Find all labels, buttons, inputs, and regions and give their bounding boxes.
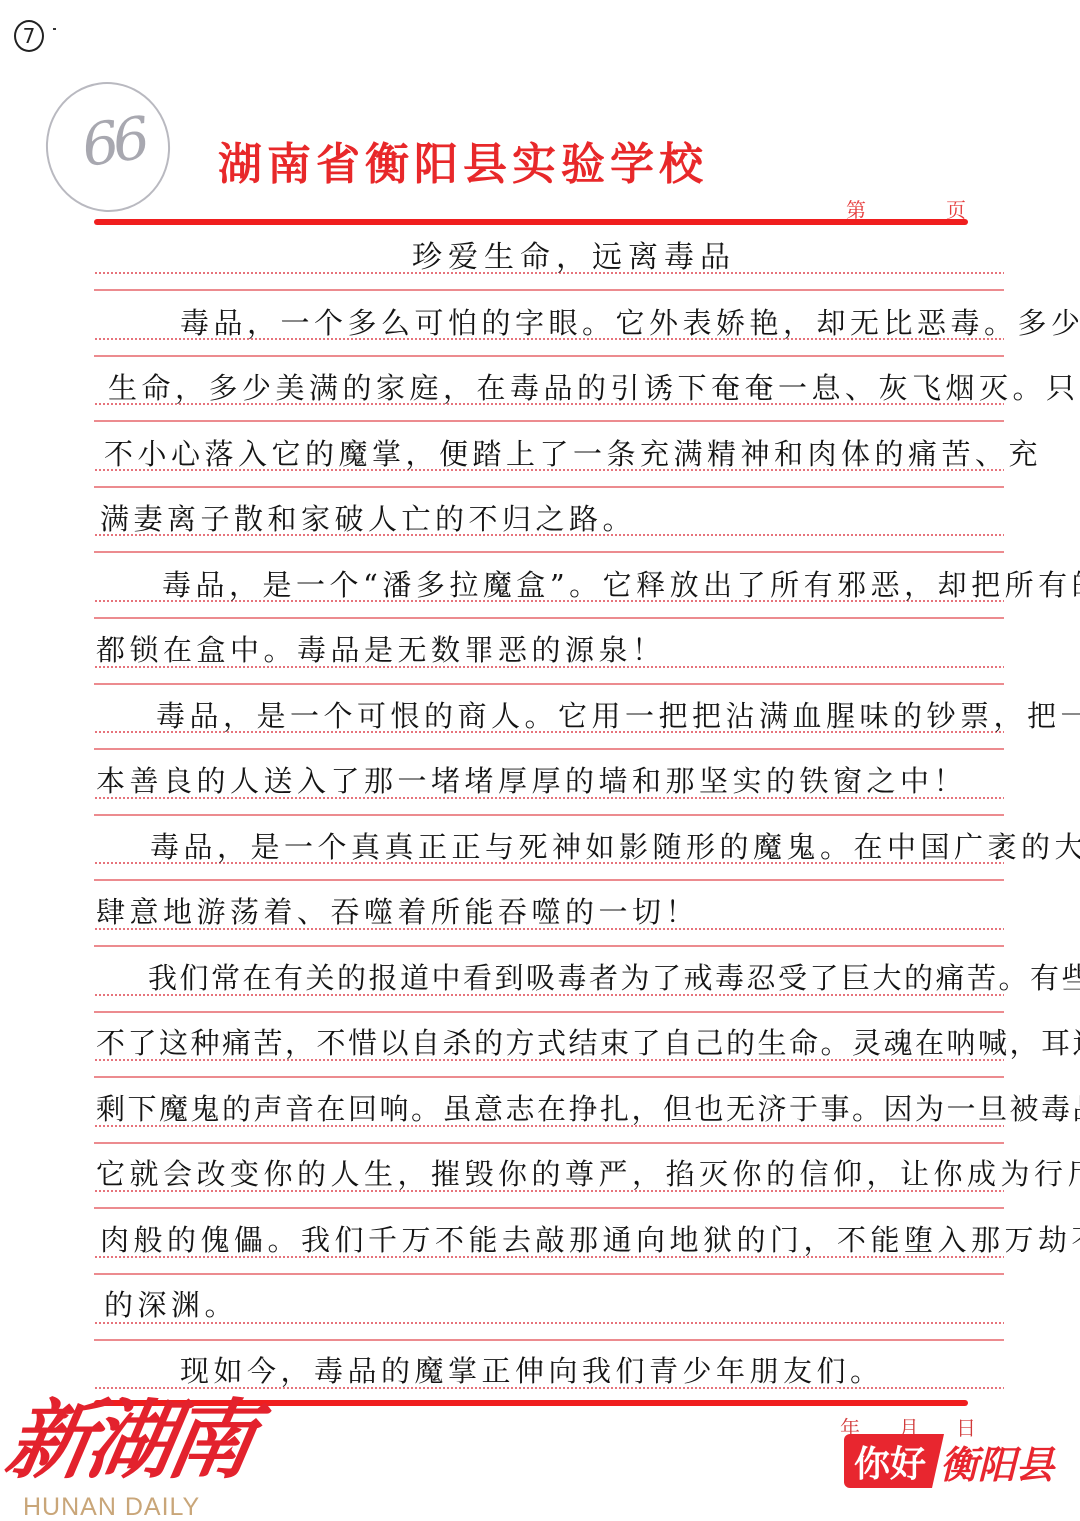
essay-line: 毒品，是一个可恨的商人。它用一把把沾满血腥味的钞票，把一个个原 xyxy=(156,702,1080,731)
essay-line: 它就会改变你的人生，摧毁你的尊严，掐灭你的信仰，让你成为行尸走 xyxy=(96,1160,1080,1189)
solid-rule xyxy=(94,289,1004,291)
essay-line: 剩下魔鬼的声音在回响。虽意志在挣扎，但也无济于事。因为一旦被毒品缠上， xyxy=(96,1095,1080,1124)
essay-line: 肉般的傀儡。我们千万不能去敲那通向地狱的门，不能堕入那万劫不复 xyxy=(100,1226,1080,1255)
solid-rule xyxy=(94,1142,1004,1144)
essay-line: 肆意地游荡着、吞噬着所能吞噬的一切！ xyxy=(96,898,699,927)
essay-line: 的深渊。 xyxy=(104,1291,238,1320)
solid-rule xyxy=(94,355,1004,357)
school-letterhead-title: 湖南省衡阳县实验学校 xyxy=(218,128,878,192)
badge-text: 衡阳县 xyxy=(940,1434,1054,1489)
dotted-rule xyxy=(94,1322,1004,1324)
solid-rule xyxy=(94,814,1004,816)
solid-rule xyxy=(94,748,1004,750)
essay-line: 不小心落入它的魔掌，便踏上了一条充满精神和肉体的痛苦、充 xyxy=(104,440,1042,469)
corner-number-mark: 7 xyxy=(14,20,44,52)
header-rule xyxy=(94,219,968,225)
solid-rule xyxy=(94,1011,1004,1013)
essay-line: 毒品，一个多么可怕的字眼。它外表娇艳，却无比恶毒。多少鲜活的 xyxy=(180,309,1080,338)
hunan-daily-logo: 新湖南 xyxy=(0,1398,255,1484)
hunan-daily-logo-text: HUNAN DAILY xyxy=(23,1493,200,1521)
essay-title: 珍爱生命，远离毒品 xyxy=(412,243,736,273)
solid-rule xyxy=(94,1339,1004,1341)
solid-rule xyxy=(94,420,1004,422)
essay-line: 满妻离子散和家破人亡的不归之路。 xyxy=(100,505,636,534)
essay-line: 都锁在盒中。毒品是无数罪恶的源泉！ xyxy=(96,636,666,665)
solid-rule xyxy=(94,617,1004,619)
solid-rule xyxy=(94,1273,1004,1275)
essay-line: 不了这种痛苦，不惜以自杀的方式结束了自己的生命。灵魂在呐喊，耳边却只 xyxy=(96,1029,1080,1058)
essay-line: 毒品，是一个“潘多拉魔盒”。它释放出了所有邪恶，却把所有的善良 xyxy=(162,571,1080,600)
score-value: 66 xyxy=(78,104,149,180)
essay-line: 本善良的人送入了那一堵堵厚厚的墙和那坚实的铁窗之中！ xyxy=(96,767,967,796)
solid-rule xyxy=(94,945,1004,947)
solid-rule xyxy=(94,683,1004,685)
solid-rule xyxy=(94,1076,1004,1078)
essay-line: 毒品，是一个真真正正与死神如影随形的魔鬼。在中国广袤的大地之上， xyxy=(150,833,1080,862)
badge-highlight: 你好 xyxy=(844,1434,944,1488)
solid-rule xyxy=(94,1207,1004,1209)
essay-line: 我们常在有关的报道中看到吸毒者为了戒毒忍受了巨大的痛苦。有些人承受 xyxy=(148,964,1080,993)
essay-line: 现如今，毒品的魔掌正伸向我们青少年朋友们。 xyxy=(180,1357,884,1386)
essay-line: 生命，多少美满的家庭，在毒品的引诱下奄奄一息、灰飞烟灭。只要一 xyxy=(108,374,1080,403)
hello-hengyang-badge: 你好 衡阳县 xyxy=(844,1432,1054,1490)
solid-rule xyxy=(94,486,1004,488)
solid-rule xyxy=(94,879,1004,881)
corner-dot xyxy=(53,28,56,30)
solid-rule xyxy=(94,551,1004,553)
